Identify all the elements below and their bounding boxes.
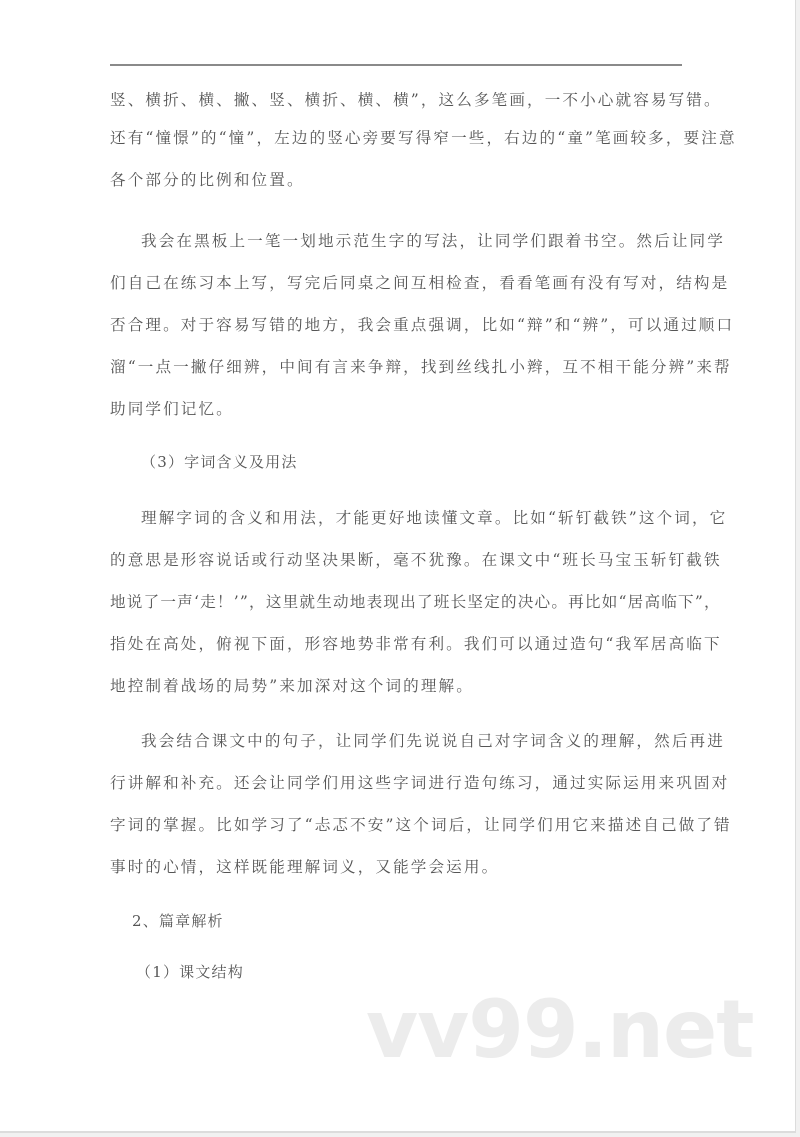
paragraph-line: 字词的掌握。比如学习了“忐忑不安”这个词后，让同学们用它来描述自己做了错 <box>110 815 690 835</box>
paragraph-line: 的意思是形容说话或行动坚决果断，毫不犹豫。在课文中“班长马宝玉斩钉截铁 <box>110 550 690 570</box>
paragraph-line: 溜“一点一撇仔细辨，中间有言来争辩，找到丝线扎小辫，互不相干能分辨”来帮 <box>110 357 690 377</box>
paragraph-line: 们自己在练习本上写，写完后同桌之间互相检查，看看笔画有没有写对，结构是 <box>110 273 690 293</box>
section-heading-3: （3）字词含义及用法 <box>141 452 721 472</box>
paragraph-line: 行讲解和补充。还会让同学们用这些字词进行造句练习，通过实际运用来巩固对 <box>110 773 690 793</box>
subheading-1: （1）课文结构 <box>136 962 716 982</box>
paragraph-line: 助同学们记忆。 <box>110 399 690 419</box>
paragraph-line: 理解字词的含义和用法，才能更好地读懂文章。比如“斩钉截铁”这个词，它 <box>141 508 721 528</box>
paragraph-line: 我会结合课文中的句子，让同学们先说说自己对字词含义的理解，然后再进 <box>141 731 721 751</box>
paragraph-line: 我会在黑板上一笔一划地示范生字的写法，让同学们跟着书空。然后让同学 <box>141 231 721 251</box>
paragraph-line: 地控制着战场的局势”来加深对这个词的理解。 <box>110 676 690 696</box>
paragraph-line: 竖、横折、横、撇、竖、横折、横、横”，这么多笔画，一不小心就容易写错。 <box>110 90 690 110</box>
paragraph-line: 还有“憧憬”的“憧”，左边的竖心旁要写得窄一些，右边的“童”笔画较多，要注意 <box>110 128 690 148</box>
paragraph-line: 各个部分的比例和位置。 <box>110 170 690 190</box>
section-heading-2: 2、篇章解析 <box>132 911 712 931</box>
document-page: 竖、横折、横、撇、竖、横折、横、横”，这么多笔画，一不小心就容易写错。 还有“憧… <box>0 0 796 1133</box>
paragraph-line: 地说了一声‘走！’”，这里就生动地表现出了班长坚定的决心。再比如“居高临下”， <box>110 592 690 612</box>
paragraph-line: 否合理。对于容易写错的地方，我会重点强调，比如“辩”和“辨”，可以通过顺口 <box>110 315 690 335</box>
header-rule <box>110 64 682 66</box>
paragraph-line: 事时的心情，这样既能理解词义，又能学会运用。 <box>110 857 690 877</box>
watermark: vv99.net <box>366 985 753 1075</box>
paragraph-line: 指处在高处，俯视下面，形容地势非常有利。我们可以通过造句“我军居高临下 <box>110 634 690 654</box>
